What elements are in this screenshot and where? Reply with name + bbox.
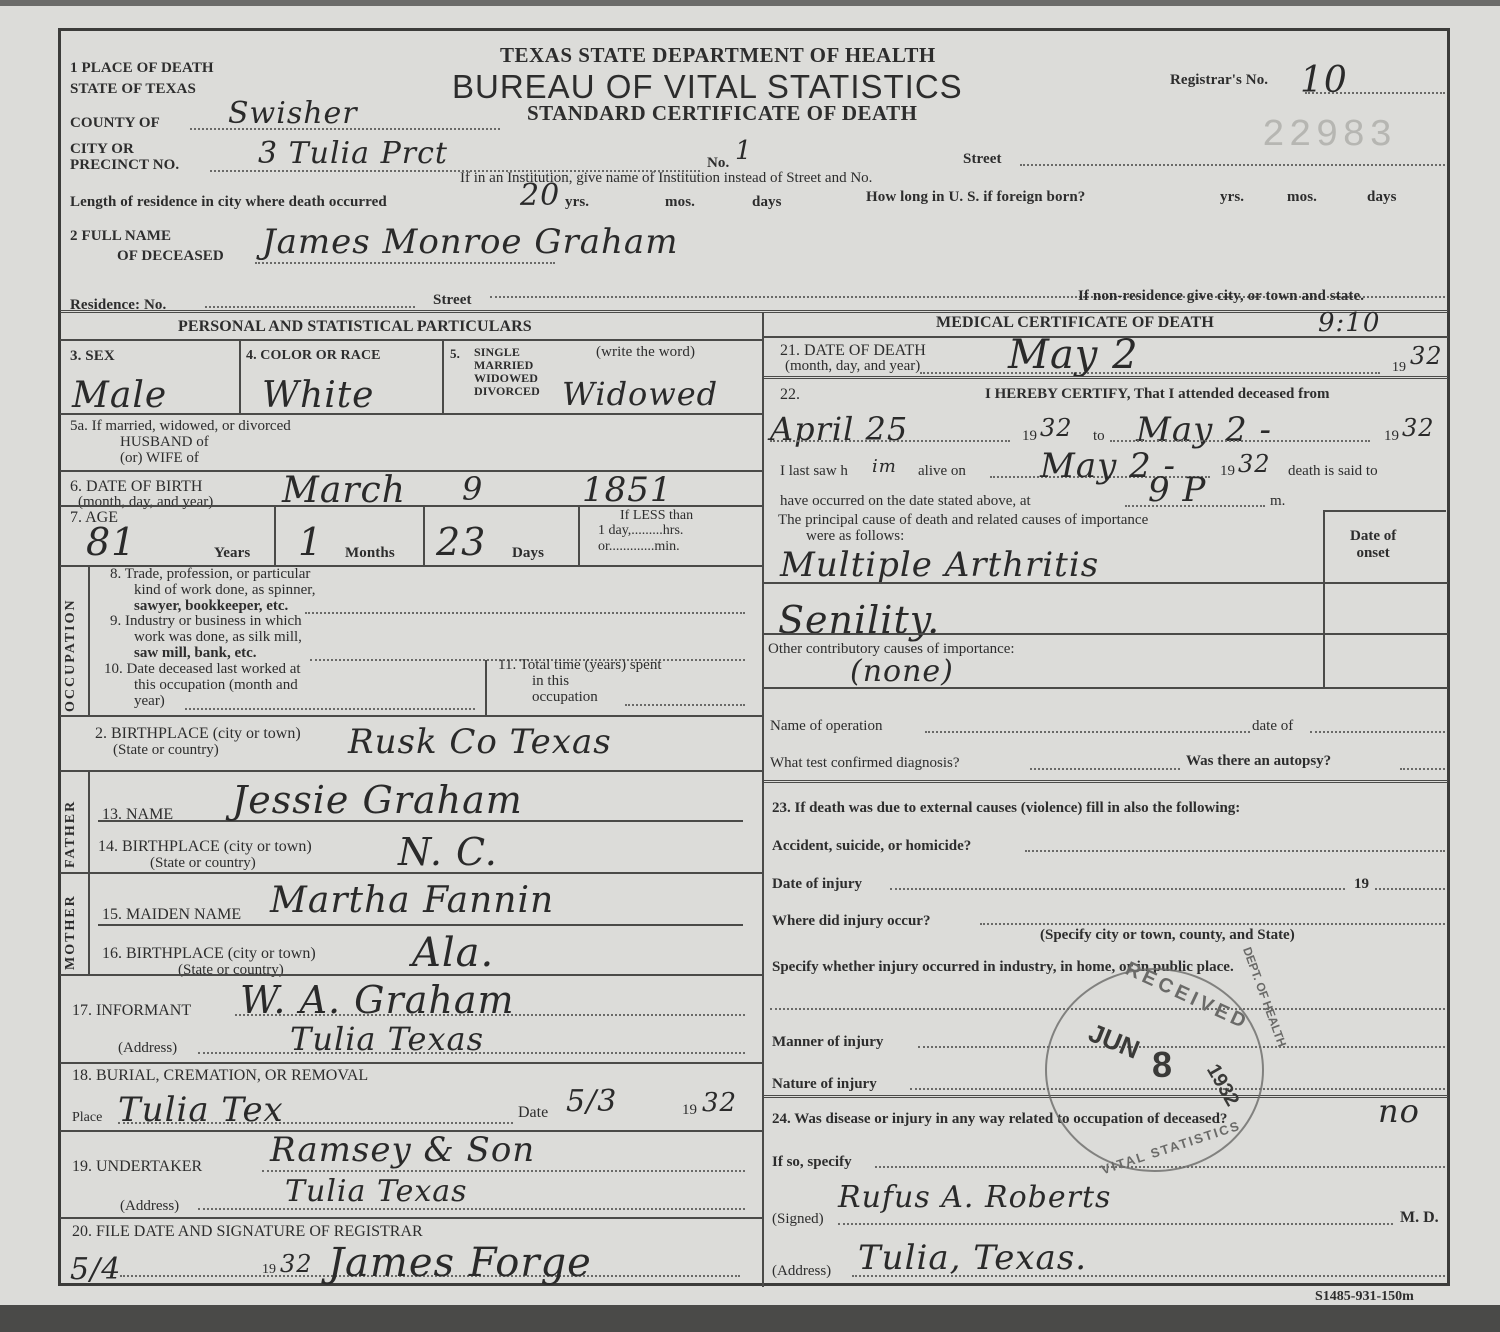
maiden-name-label: 15. MAIDEN NAME bbox=[102, 906, 241, 924]
dob-day: 9 bbox=[462, 470, 483, 508]
injury-date-line bbox=[890, 888, 1345, 890]
burial-date-label: Date bbox=[518, 1104, 548, 1122]
sex-label: 3. SEX bbox=[70, 348, 115, 365]
operation-line bbox=[925, 731, 1250, 733]
city-label-2: PRECINCT NO. bbox=[70, 157, 179, 174]
item-11-line-2: in this bbox=[498, 673, 662, 689]
column-divider bbox=[762, 313, 764, 1287]
item-10-line-2: this occupation (month and bbox=[104, 677, 301, 693]
cell-divider bbox=[423, 507, 425, 565]
m-label: m. bbox=[1270, 493, 1285, 510]
county-label: COUNTY OF bbox=[70, 115, 160, 132]
row-line bbox=[60, 413, 762, 415]
item-24-value: no bbox=[1378, 1092, 1420, 1130]
informant-value: W. A. Graham bbox=[240, 978, 515, 1022]
row-line bbox=[60, 770, 762, 772]
marital-note: (write the word) bbox=[596, 344, 695, 361]
md-label: M. D. bbox=[1400, 1209, 1439, 1227]
dod-year: 32 bbox=[1410, 342, 1443, 370]
burial-year-prefix: 19 bbox=[682, 1102, 697, 1119]
fb-mos-label: mos. bbox=[1287, 189, 1317, 206]
cause-label-2: were as follows: bbox=[806, 528, 904, 545]
from-year-prefix: 19 bbox=[1022, 428, 1037, 445]
form-number: S1485-931-150m bbox=[1315, 1289, 1414, 1305]
father-name-value: Jessie Graham bbox=[232, 778, 523, 822]
full-name-label: 2 FULL NAME bbox=[70, 228, 171, 245]
test-label: What test confirmed diagnosis? bbox=[770, 755, 960, 772]
cell-divider bbox=[88, 874, 90, 974]
mother-birthplace-label-2: (State or country) bbox=[178, 962, 284, 979]
registrar-signature: James Forge bbox=[328, 1240, 592, 1286]
item-9-line-1: 9. Industry or business in which bbox=[110, 613, 302, 629]
informant-address-value: Tulia Texas bbox=[290, 1020, 484, 1058]
cause-1-line bbox=[764, 582, 1448, 584]
where-line bbox=[980, 923, 1445, 925]
external-intro: 23. If death was due to external causes … bbox=[772, 800, 1240, 817]
father-side-label: FATHER bbox=[63, 778, 79, 868]
of-deceased-label: OF DECEASED bbox=[117, 248, 224, 265]
cell-divider bbox=[442, 341, 444, 413]
item-9-line-3: saw mill, bank, etc. bbox=[110, 645, 302, 661]
item-8-line bbox=[305, 612, 745, 614]
mother-birthplace-value: Ala. bbox=[412, 930, 494, 976]
age-years: 81 bbox=[86, 520, 136, 564]
last-saw-pronoun: im bbox=[872, 456, 897, 477]
nonresidence-note: If non-residence give city, or town and … bbox=[1078, 288, 1364, 305]
mother-side-label: MOTHER bbox=[63, 880, 79, 970]
cell-divider bbox=[274, 507, 276, 565]
onset-label: Date of onset bbox=[1350, 528, 1396, 562]
alive-on-label: alive on bbox=[918, 463, 966, 480]
signed-line bbox=[838, 1223, 1393, 1225]
row-line bbox=[60, 505, 762, 507]
informant-address-label: (Address) bbox=[118, 1040, 177, 1057]
item-11-line bbox=[625, 704, 745, 706]
operation-date-line bbox=[1310, 731, 1445, 733]
race-label: 4. COLOR OR RACE bbox=[246, 348, 381, 364]
to-year: 32 bbox=[1402, 414, 1435, 442]
autopsy-line bbox=[1400, 768, 1445, 770]
age-days: 23 bbox=[436, 520, 486, 564]
time-value: 9 P bbox=[1148, 470, 1206, 510]
less-than-3: or.............min. bbox=[598, 539, 680, 555]
cell-divider bbox=[88, 772, 90, 872]
county-value: Swisher bbox=[228, 96, 358, 131]
onset-label-1: Date of bbox=[1350, 528, 1396, 545]
medical-section-title: MEDICAL CERTIFICATE OF DEATH bbox=[936, 314, 1214, 332]
street-label: Street bbox=[963, 151, 1002, 168]
manner-label: Manner of injury bbox=[772, 1034, 883, 1051]
item-8-line-1: 8. Trade, profession, or particular bbox=[110, 566, 315, 582]
dod-value: May 2 bbox=[1008, 332, 1139, 378]
race-value: White bbox=[262, 375, 374, 416]
cause-label-1: The principal cause of death and related… bbox=[778, 512, 1148, 529]
deceased-full-name: James Monroe Graham bbox=[262, 222, 678, 262]
marital-value: Widowed bbox=[562, 375, 718, 413]
item-8-line-3: sawyer, bookkeeper, etc. bbox=[110, 598, 315, 614]
informant-label: 17. INFORMANT bbox=[72, 1002, 191, 1020]
where-note: (Specify city or town, county, and State… bbox=[1040, 927, 1295, 944]
operation-date-label: date of bbox=[1252, 718, 1293, 735]
sex-value: Male bbox=[72, 375, 167, 416]
cell-divider bbox=[578, 507, 580, 565]
undertaker-address-line bbox=[198, 1208, 745, 1210]
signature-address-label: (Address) bbox=[772, 1263, 831, 1280]
where-label: Where did injury occur? bbox=[772, 913, 930, 930]
burial-place-value: Tulia Tex bbox=[118, 1090, 284, 1130]
row-line bbox=[60, 715, 762, 717]
no-value: 1 bbox=[735, 136, 753, 166]
injury-year-line bbox=[1375, 888, 1445, 890]
attended-to: May 2 - bbox=[1136, 410, 1272, 450]
scan-edge-top bbox=[0, 0, 1500, 6]
father-birthplace-value: N. C. bbox=[398, 830, 498, 874]
less-than-1: If LESS than bbox=[620, 508, 693, 524]
item-11-text: 11. Total time (years) spent in this occ… bbox=[498, 657, 662, 705]
signature-address-value: Tulia, Texas. bbox=[858, 1238, 1087, 1278]
onset-top-line bbox=[1323, 510, 1446, 512]
city-label-1: CITY OR bbox=[70, 141, 134, 158]
foreign-born-label: How long in U. S. if foreign born? bbox=[866, 189, 1085, 206]
test-line bbox=[1030, 768, 1180, 770]
onset-label-2: onset bbox=[1350, 545, 1396, 562]
last-saw-year-prefix: 19 bbox=[1220, 463, 1235, 480]
death-said-label: death is said to bbox=[1288, 463, 1378, 480]
dod-line bbox=[920, 372, 1380, 374]
residence-street-label: Street bbox=[433, 292, 472, 309]
autopsy-label: Was there an autopsy? bbox=[1186, 753, 1331, 770]
last-saw-year: 32 bbox=[1238, 450, 1271, 478]
occurred-label: have occurred on the date stated above, … bbox=[780, 493, 1031, 510]
undertaker-label: 19. UNDERTAKER bbox=[72, 1158, 202, 1176]
item-11-line-3: occupation bbox=[498, 689, 662, 705]
maiden-name-line bbox=[98, 924, 743, 926]
row-line bbox=[60, 974, 762, 976]
birthplace-value: Rusk Co Texas bbox=[348, 722, 612, 762]
item-11-line-1: 11. Total time (years) spent bbox=[498, 657, 662, 673]
row-line bbox=[60, 339, 762, 341]
injury-year-prefix: 19 bbox=[1354, 876, 1369, 893]
residence-years-value: 20 bbox=[520, 178, 560, 213]
father-birthplace-label-2: (State or country) bbox=[150, 855, 256, 872]
row-line bbox=[764, 780, 1448, 783]
item-8-text: 8. Trade, profession, or particular kind… bbox=[110, 566, 315, 614]
birthplace-label-2: (State or country) bbox=[113, 742, 219, 759]
item-9-line-2: work was done, as silk mill, bbox=[110, 629, 302, 645]
department-title: TEXAS STATE DEPARTMENT OF HEALTH bbox=[500, 43, 936, 68]
item-22-num: 22. bbox=[780, 386, 800, 404]
marital-num: 5. bbox=[450, 346, 460, 362]
if-so-label: If so, specify bbox=[772, 1154, 852, 1171]
mother-birthplace-label-1: 16. BIRTHPLACE (city or town) bbox=[102, 945, 316, 963]
other-causes-line bbox=[764, 687, 1448, 689]
item-10-text: 10. Date deceased last worked at this oc… bbox=[104, 661, 301, 709]
years-label: Years bbox=[214, 545, 250, 562]
cause-1-value: Multiple Arthritis bbox=[780, 545, 1099, 585]
registrar-no-value: 10 bbox=[1300, 60, 1348, 101]
signed-value: Rufus A. Roberts bbox=[838, 1180, 1111, 1215]
to-year-prefix: 19 bbox=[1384, 428, 1399, 445]
father-birthplace-label-1: 14. BIRTHPLACE (city or town) bbox=[98, 838, 312, 856]
other-causes-value: (none) bbox=[850, 654, 954, 689]
item-8-line-2: kind of work done, as spinner, bbox=[110, 582, 315, 598]
birthplace-label-1: 2. BIRTHPLACE (city or town) bbox=[95, 725, 301, 743]
accident-label: Accident, suicide, or homicide? bbox=[772, 838, 971, 855]
registrar-label: 20. FILE DATE AND SIGNATURE OF REGISTRAR bbox=[72, 1223, 423, 1241]
dob-year: 1851 bbox=[582, 470, 673, 510]
undertaker-address-label: (Address) bbox=[120, 1198, 179, 1215]
burial-year-value: 32 bbox=[702, 1088, 737, 1118]
nature-label: Nature of injury bbox=[772, 1076, 877, 1093]
onset-column-divider bbox=[1323, 512, 1325, 687]
last-saw-label: I last saw h bbox=[780, 463, 848, 480]
file-number-stamp: 22983 bbox=[1262, 114, 1396, 157]
cell-divider bbox=[88, 567, 90, 715]
row-line bbox=[60, 1217, 762, 1219]
injury-date-label: Date of injury bbox=[772, 876, 862, 893]
yrs-label: yrs. bbox=[565, 194, 589, 211]
state-of-texas-label: STATE OF TEXAS bbox=[70, 81, 196, 98]
days-label-age: Days bbox=[512, 545, 544, 562]
attended-to-line bbox=[1110, 440, 1370, 442]
registrar-file-date: 5/4 bbox=[70, 1252, 121, 1287]
item-10-line-1: 10. Date deceased last worked at bbox=[104, 661, 301, 677]
burial-label: 18. BURIAL, CREMATION, OR REMOVAL bbox=[72, 1067, 368, 1085]
signed-label: (Signed) bbox=[772, 1211, 824, 1228]
row-line bbox=[60, 872, 762, 874]
mos-label: mos. bbox=[665, 194, 695, 211]
marital-options: SINGLE MARRIED WIDOWED DIVORCED bbox=[474, 346, 540, 398]
attended-from: April 25 bbox=[770, 410, 908, 448]
spouse-label-2: HUSBAND of bbox=[120, 434, 209, 451]
fb-days-label: days bbox=[1367, 189, 1397, 206]
registrar-no-line bbox=[1305, 92, 1445, 94]
medical-time-note: 9:10 bbox=[1318, 308, 1380, 338]
from-year: 32 bbox=[1040, 414, 1073, 442]
spouse-label-1: 5a. If married, widowed, or divorced bbox=[70, 418, 291, 435]
personal-section-title: PERSONAL AND STATISTICAL PARTICULARS bbox=[178, 318, 532, 336]
cause-2-line bbox=[764, 633, 1448, 635]
undertaker-address-value: Tulia Texas bbox=[285, 1174, 468, 1209]
months-label: Months bbox=[345, 545, 395, 562]
undertaker-value: Ramsey & Son bbox=[270, 1130, 535, 1170]
city-value: 3 Tulia Prct bbox=[258, 136, 448, 171]
maiden-name-value: Martha Fannin bbox=[270, 880, 554, 921]
spouse-label-3: (or) WIFE of bbox=[120, 450, 199, 467]
fb-yrs-label: yrs. bbox=[1220, 189, 1244, 206]
registrar-no-label: Registrar's No. bbox=[1170, 72, 1268, 89]
section-divider bbox=[60, 310, 1448, 313]
cell-divider bbox=[239, 341, 241, 413]
scan-edge-bottom bbox=[0, 1305, 1500, 1332]
days-label: days bbox=[752, 194, 782, 211]
row-line bbox=[764, 376, 1448, 379]
to-label: to bbox=[1093, 428, 1105, 445]
dod-year-prefix: 19 bbox=[1392, 360, 1406, 376]
row-line bbox=[60, 1062, 762, 1064]
registrar-year-prefix: 19 bbox=[262, 1262, 276, 1278]
registrar-year-value: 32 bbox=[280, 1250, 313, 1278]
item-9-text: 9. Industry or business in which work wa… bbox=[110, 613, 302, 661]
place-of-death-label: 1 PLACE OF DEATH bbox=[70, 60, 214, 77]
occupation-side-label: OCCUPATION bbox=[63, 572, 79, 712]
item-10-line bbox=[185, 708, 475, 710]
cause-2-value: Senility. bbox=[778, 598, 940, 642]
cell-divider bbox=[485, 660, 487, 715]
option-divorced: DIVORCED bbox=[474, 385, 540, 398]
attended-from-line bbox=[770, 440, 1010, 442]
item-10-line-3: year) bbox=[104, 693, 301, 709]
burial-place-label: Place bbox=[72, 1110, 102, 1126]
burial-date-value: 5/3 bbox=[566, 1084, 617, 1119]
full-name-line bbox=[255, 262, 555, 264]
operation-label: Name of operation bbox=[770, 718, 882, 735]
street-line bbox=[1020, 164, 1445, 166]
stamp-day: 8 bbox=[1152, 1044, 1172, 1086]
undertaker-line bbox=[262, 1170, 745, 1172]
age-months: 1 bbox=[298, 520, 323, 564]
dod-label-2: (month, day, and year) bbox=[785, 358, 920, 375]
residence-length-label: Length of residence in city where death … bbox=[70, 194, 387, 211]
accident-line bbox=[1025, 850, 1445, 852]
residence-no-line bbox=[205, 306, 415, 308]
less-than-2: 1 day,.........hrs. bbox=[598, 523, 683, 539]
certify-text: I HEREBY CERTIFY, That I attended deceas… bbox=[985, 386, 1330, 403]
certificate-title: STANDARD CERTIFICATE OF DEATH bbox=[527, 101, 917, 126]
